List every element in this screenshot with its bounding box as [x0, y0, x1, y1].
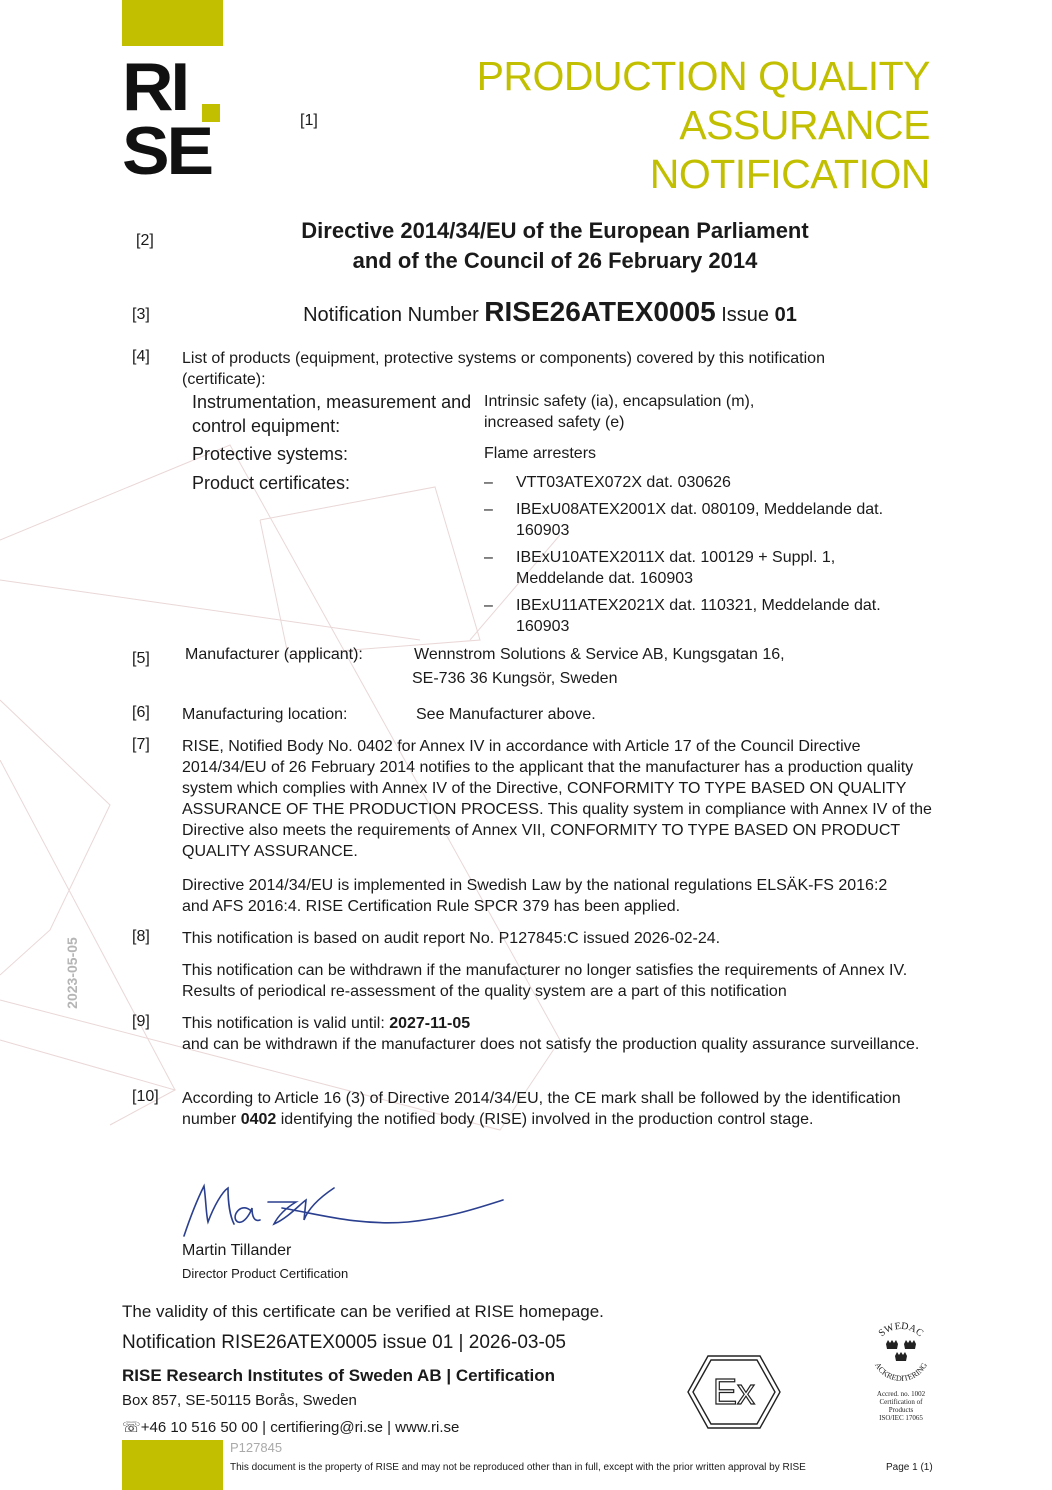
manufacturer-line-1: Wennstrom Solutions & Service AB, Kungsg…: [414, 644, 785, 665]
project-number: P127845: [230, 1440, 282, 1455]
swedac-line: Certification of: [860, 1398, 942, 1406]
directive-line-1: Directive 2014/34/EU of the European Par…: [200, 216, 910, 246]
list-item: – IBExU08ATEX2001X dat. 080109, Meddelan…: [484, 499, 924, 541]
swedac-bottom-text: ACKREDITERING: [873, 1361, 929, 1383]
location-label: Manufacturing location:: [182, 704, 347, 725]
list-item: – VTT03ATEX072X dat. 030626: [484, 472, 924, 493]
section9-rest: and can be withdrawn if the manufacturer…: [182, 1036, 919, 1053]
section10-text: According to Article 16 (3) of Directive…: [182, 1088, 902, 1130]
brand-bar-bottom: [122, 1440, 223, 1490]
issue-number: 01: [775, 304, 797, 326]
valid-until-label: This notification is valid until:: [182, 1015, 389, 1032]
notification-number: RISE26ATEX0005: [484, 296, 715, 327]
product-label-instrumentation: Instrumentation, measurement and control…: [192, 390, 472, 438]
swedac-line: Products: [860, 1406, 942, 1414]
ref-7: [7]: [132, 736, 150, 754]
swedac-accreditation-mark: SWEDAC ACKREDITERING Accred. no. 1002 Ce…: [860, 1322, 942, 1422]
certificate-text: IBExU08ATEX2001X dat. 080109, Meddelande…: [516, 499, 896, 541]
directive-heading: Directive 2014/34/EU of the European Par…: [200, 216, 910, 276]
ref-9: [9]: [132, 1013, 150, 1031]
signature-image: [178, 1180, 508, 1240]
swedac-line: ISO/IEC 17065: [860, 1414, 942, 1422]
ref-8: [8]: [132, 928, 150, 946]
ref-3: [3]: [132, 306, 150, 324]
disclaimer-text: This document is the property of RISE an…: [230, 1462, 806, 1473]
contact-details[interactable]: +46 10 516 50 00 | certifiering@ri.se | …: [141, 1419, 460, 1436]
section8-para2: This notification can be withdrawn if th…: [182, 960, 932, 1002]
directive-line-2: and of the Council of 26 February 2014: [200, 246, 910, 276]
signatory-title: Director Product Certification: [182, 1266, 348, 1281]
footer-organisation: RISE Research Institutes of Sweden AB | …: [122, 1366, 555, 1386]
footer-notification-line: Notification RISE26ATEX0005 issue 01 | 2…: [122, 1332, 566, 1354]
phone-icon: ☏: [122, 1419, 141, 1436]
certificate-text: VTT03ATEX072X dat. 030626: [516, 472, 731, 493]
location-value: See Manufacturer above.: [416, 704, 596, 725]
product-label-protective: Protective systems:: [192, 442, 348, 466]
ref-1: [1]: [300, 112, 318, 130]
section10-suffix: identifying the notified body (RISE) inv…: [276, 1111, 813, 1128]
section9-text: This notification is valid until: 2027-1…: [182, 1013, 922, 1055]
dash-bullet: –: [484, 595, 516, 637]
section8-para1: This notification is based on audit repo…: [182, 928, 922, 949]
footer-address: Box 857, SE-50115 Borås, Sweden: [122, 1392, 357, 1409]
verify-text: The validity of this certificate can be …: [122, 1302, 604, 1322]
ref-6: [6]: [132, 704, 150, 722]
svg-text:ACKREDITERING: ACKREDITERING: [873, 1361, 929, 1383]
title-line-2: ASSURANCE: [477, 101, 930, 150]
product-value-protective: Flame arresters: [484, 443, 596, 464]
side-date: 2023-05-05: [64, 937, 80, 1009]
ref-2: [2]: [136, 232, 154, 250]
swedac-top-text: SWEDAC: [877, 1322, 926, 1339]
certificate-text: IBExU10ATEX2011X dat. 100129 + Suppl. 1,…: [516, 547, 876, 589]
rise-logo: RI SE: [122, 57, 222, 185]
footer-contact: ☏+46 10 516 50 00 | certifiering@ri.se |…: [122, 1418, 459, 1436]
brand-bar-top: [122, 0, 223, 46]
title-line-3: NOTIFICATION: [477, 150, 930, 199]
ref-10: [10]: [132, 1088, 159, 1106]
logo-text-ri: RI: [122, 57, 187, 117]
signatory-name: Martin Tillander: [182, 1242, 291, 1260]
issue-label: Issue: [721, 304, 769, 326]
product-value-instrumentation: Intrinsic safety (ia), encapsulation (m)…: [484, 391, 794, 433]
manufacturer-label: Manufacturer (applicant):: [185, 644, 363, 665]
notification-number-line: Notification Number RISE26ATEX0005 Issue…: [200, 296, 900, 328]
ex-symbol-text: Ex: [713, 1371, 755, 1412]
products-intro: List of products (equipment, protective …: [182, 348, 912, 390]
document-title: PRODUCTION QUALITY ASSURANCE NOTIFICATIO…: [477, 52, 930, 199]
swedac-line: Accred. no. 1002: [860, 1390, 942, 1398]
page-number: Page 1 (1): [886, 1462, 933, 1473]
swedac-crowns-icon: SWEDAC ACKREDITERING: [866, 1322, 936, 1388]
dash-bullet: –: [484, 499, 516, 541]
section7-para1: RISE, Notified Body No. 0402 for Annex I…: [182, 736, 932, 862]
certificate-text: IBExU11ATEX2021X dat. 110321, Meddelande…: [516, 595, 924, 637]
list-item: – IBExU11ATEX2021X dat. 110321, Meddelan…: [484, 595, 924, 637]
section7-para2: Directive 2014/34/EU is implemented in S…: [182, 875, 902, 917]
logo-text-se: SE: [122, 121, 211, 181]
notified-body-number: 0402: [241, 1111, 277, 1128]
valid-until-date: 2027-11-05: [389, 1015, 470, 1032]
manufacturer-line-2: SE-736 36 Kungsör, Sweden: [412, 668, 617, 689]
svg-text:SWEDAC: SWEDAC: [877, 1322, 926, 1339]
dash-bullet: –: [484, 547, 516, 589]
ref-4: [4]: [132, 348, 150, 366]
ref-5: [5]: [132, 650, 150, 668]
notification-label: Notification Number: [303, 304, 479, 326]
certificate-list: – VTT03ATEX072X dat. 030626 – IBExU08ATE…: [484, 472, 924, 637]
ex-mark-icon: Ex: [686, 1354, 782, 1430]
product-label-certificates: Product certificates:: [192, 471, 350, 495]
title-line-1: PRODUCTION QUALITY: [477, 52, 930, 101]
dash-bullet: –: [484, 472, 516, 493]
list-item: – IBExU10ATEX2011X dat. 100129 + Suppl. …: [484, 547, 924, 589]
